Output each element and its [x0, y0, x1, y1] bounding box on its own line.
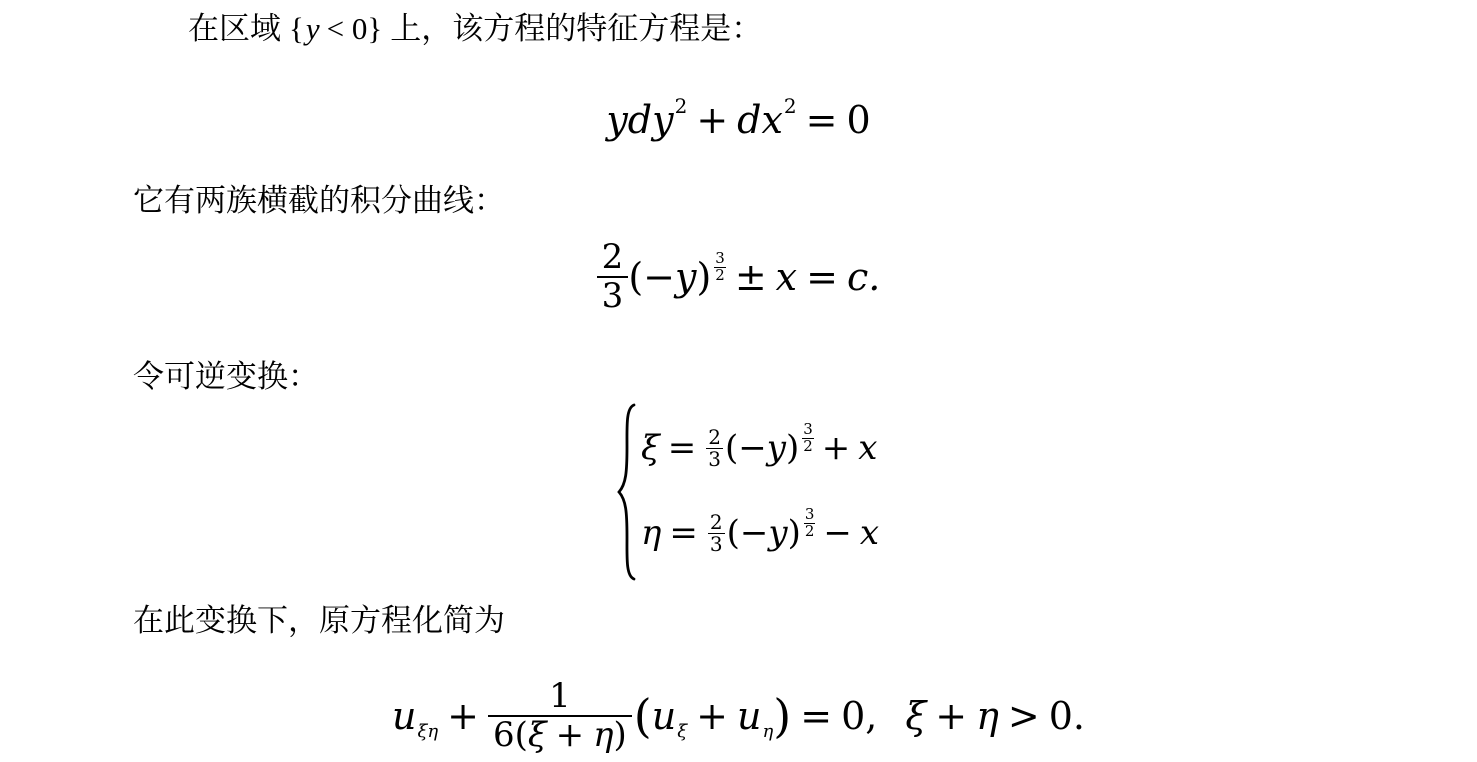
sys1-close-paren: ) — [786, 428, 799, 468]
sys2-minus-operator: − — [823, 516, 852, 550]
eq3-u-xieta-group: uξη — [392, 697, 438, 735]
eq2-close-paren: ) — [696, 255, 711, 299]
sys2-equals-sign: = — [669, 516, 698, 550]
eq2-equals-sign: = — [806, 258, 838, 296]
eq2-exponent-fraction: 32 — [714, 252, 726, 282]
para1-math-open-brace: { — [289, 11, 304, 46]
sys1-open-paren-minus: (− — [725, 428, 767, 468]
sys1-var-x: x — [858, 431, 877, 465]
eq2-var-x: x — [776, 258, 797, 296]
sys2-lhs-eta: η — [641, 516, 661, 550]
equation-1: ydy2 + dx2 = 0 — [0, 95, 1477, 145]
sys1-fraction-numerator: 2 — [706, 429, 723, 448]
left-curly-brace-icon — [615, 402, 637, 582]
sys1-var-y: y — [767, 428, 786, 468]
sys2-fraction-numerator: 2 — [708, 514, 725, 533]
para1-text-pre: 在区域 — [188, 11, 281, 46]
eq3-cond-rhs: 0. — [1049, 697, 1085, 735]
eq2-exponent-numerator: 3 — [714, 252, 726, 267]
sys1-exponent-denominator: 2 — [802, 438, 814, 454]
paragraph-3: 令可逆变换： — [133, 359, 319, 395]
sys1-exponent-fraction: 32 — [802, 423, 814, 453]
para1-math-rest: < 0} — [327, 11, 383, 46]
system-line-1: ξ = 23 (−y) 32 + x — [641, 426, 877, 470]
sys2-exponent-numerator: 3 — [804, 508, 816, 523]
eq3-u-eta-group: uη — [737, 697, 773, 735]
paragraph-4: 在此变换下，原方程化简为 — [133, 603, 505, 639]
para4-text: 在此变换下，原方程化简为 — [133, 603, 505, 638]
sys1-lhs-xi: ξ — [641, 431, 660, 465]
sys2-var-y: y — [768, 513, 787, 553]
equation-3: uξη + 16(ξ+η) ( uξ + uη ) = 0, ξ + η > 0… — [0, 680, 1477, 752]
sys2-exponent-fraction: 32 — [804, 508, 816, 538]
system-line-2: η = 23 (−y) 32 − x — [641, 511, 879, 555]
eq3-cond-xi: ξ — [905, 697, 926, 735]
para1-math-var: y — [306, 11, 320, 46]
equation-2: 23 (−y) 32 ± x = c. — [0, 243, 1477, 311]
eq3-subscript-xi: ξ — [677, 721, 687, 742]
eq2-var-y: y — [675, 255, 696, 299]
sys2-close-paren: ) — [788, 513, 801, 553]
eq3-equals-sign: = — [800, 697, 832, 735]
eq3-den-eta: η — [593, 715, 613, 755]
eq3-den-plus-operator: + — [556, 715, 585, 755]
eq3-close-paren: ) — [773, 693, 791, 739]
sys1-fraction-denominator: 3 — [706, 448, 723, 468]
eq3-cond-eta: η — [976, 697, 999, 735]
eq1-term2-group: dx2 — [737, 101, 797, 139]
eq3-var-u3: u — [737, 694, 761, 738]
sys2-fraction-denominator: 3 — [708, 533, 725, 553]
eq1-term1: ydy — [606, 98, 673, 142]
eq3-var-u1: u — [392, 694, 416, 738]
eq1-rhs: 0 — [847, 101, 871, 139]
eq2-rhs: c. — [847, 258, 880, 296]
eq2-fraction-numerator: 2 — [597, 243, 629, 276]
eq3-u-xi-group: uξ — [652, 697, 687, 735]
eq3-plus-operator-1: + — [447, 697, 479, 735]
eq3-cond-plus-operator: + — [935, 697, 967, 735]
eq3-var-u2: u — [652, 694, 676, 738]
eq1-equals-sign: = — [806, 101, 838, 139]
sys1-fraction: 23 — [706, 429, 723, 468]
sys2-fraction: 23 — [708, 514, 725, 553]
eq3-plus-operator-2: + — [696, 697, 728, 735]
eq3-den-xi: ξ — [528, 715, 547, 755]
eq3-den-post: ) — [614, 715, 627, 755]
eq1-term1-group: ydy2 — [606, 101, 687, 139]
eq3-den-pre: 6( — [493, 715, 528, 755]
sys2-var-x: x — [860, 516, 879, 550]
eq2-fraction: 23 — [597, 243, 629, 311]
eq2-fraction-denominator: 3 — [597, 276, 629, 311]
eq2-exponent-denominator: 2 — [714, 267, 726, 283]
eq1-term2-exponent: 2 — [784, 94, 797, 118]
para1-text-post: 上，该方程的特征方程是： — [390, 11, 762, 46]
eq1-plus-operator: + — [696, 101, 728, 139]
sys2-paren-group: (−y) — [727, 516, 801, 550]
sys2-exponent-denominator: 2 — [804, 523, 816, 539]
sys1-equals-sign: = — [668, 431, 697, 465]
system-of-equations: ξ = 23 (−y) 32 + x η = 23 (−y) 32 − x — [615, 402, 855, 582]
para3-text: 令可逆变换： — [133, 359, 319, 394]
eq2-paren-group: (−y) — [628, 258, 711, 296]
sys1-plus-operator: + — [822, 431, 851, 465]
eq3-cond-greater-than: > — [1008, 697, 1040, 735]
eq1-term1-exponent: 2 — [675, 94, 688, 118]
eq3-fraction-numerator: 1 — [544, 682, 576, 715]
eq1-term2: dx — [737, 98, 783, 142]
sys1-exponent-numerator: 3 — [802, 423, 814, 438]
eq2-plus-minus-operator: ± — [735, 258, 767, 296]
para2-text: 它有两族横截的积分曲线： — [133, 183, 505, 218]
eq3-subscript-eta: η — [762, 721, 773, 742]
eq3-rhs: 0, — [841, 697, 877, 735]
paragraph-2: 它有两族横截的积分曲线： — [133, 183, 505, 219]
sys2-open-paren-minus: (− — [727, 513, 769, 553]
eq3-subscript-xieta: ξη — [417, 721, 438, 742]
eq3-open-paren: ( — [634, 693, 652, 739]
eq2-open-paren-minus: (− — [628, 255, 675, 299]
eq3-fraction-denominator: 6(ξ+η) — [488, 715, 632, 750]
paragraph-1: 在区域{y< 0}上，该方程的特征方程是： — [188, 11, 762, 47]
sys1-paren-group: (−y) — [725, 431, 799, 465]
eq3-fraction: 16(ξ+η) — [488, 682, 632, 750]
